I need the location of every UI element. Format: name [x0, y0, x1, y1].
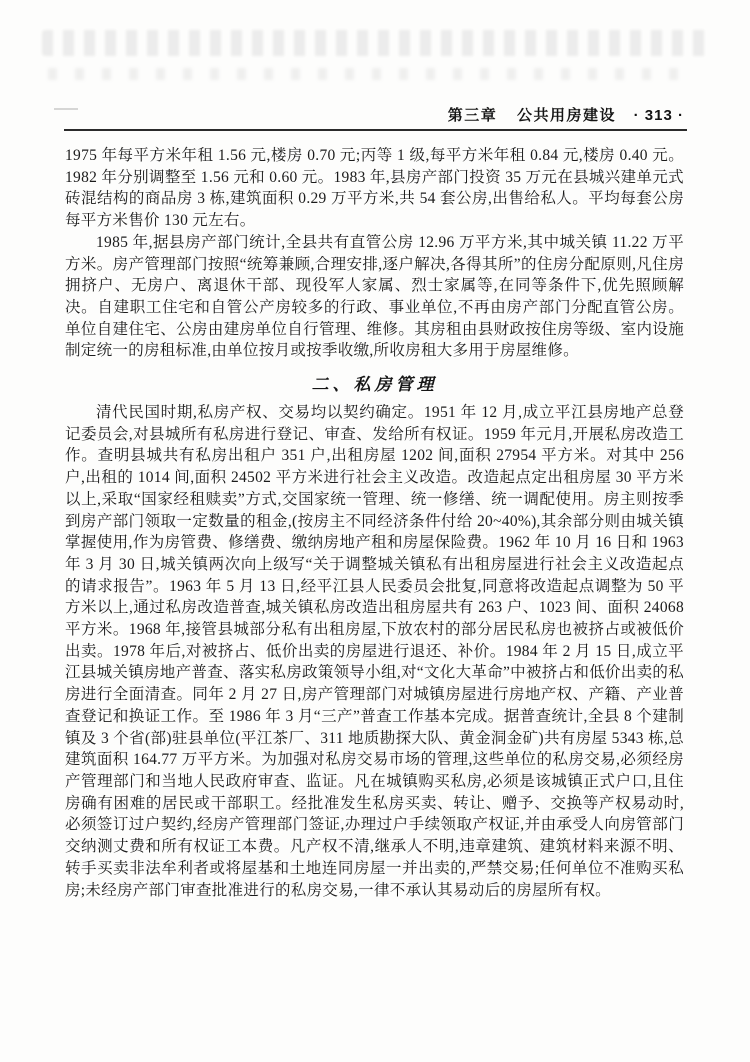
header-rule — [64, 129, 687, 131]
scanned-book-page: 第三章 公共用房建设 · 313 · 1975 年每平方米年租 1.56 元,楼… — [0, 0, 750, 1062]
page-number: · 313 · — [634, 107, 684, 124]
chapter-label: 第三章 — [448, 107, 498, 124]
running-header: 第三章 公共用房建设 · 313 · — [65, 104, 684, 125]
paragraph-private-housing-history: 清代民国时期,私房产权、交易均以契约确定。1951 年 12 月,成立平江县房地… — [65, 402, 684, 901]
chapter-title: 公共用房建设 — [517, 107, 616, 124]
paragraph-public-housing-rent-continuation: 1975 年每平方米年租 1.56 元,楼房 0.70 元;丙等 1 级,每平方… — [65, 145, 684, 232]
reverse-side-bleed-through-artifact — [42, 30, 708, 56]
section-heading-private-housing-management: 二、私房管理 — [65, 370, 684, 395]
paragraph-1985-public-housing-allocation: 1985 年,据县房产部门统计,全县共有直管公房 12.96 万平方米,其中城关… — [65, 232, 684, 362]
page-body: 1975 年每平方米年租 1.56 元,楼房 0.70 元;丙等 1 级,每平方… — [65, 145, 684, 901]
reverse-side-bleed-through-artifact-2 — [48, 68, 690, 80]
